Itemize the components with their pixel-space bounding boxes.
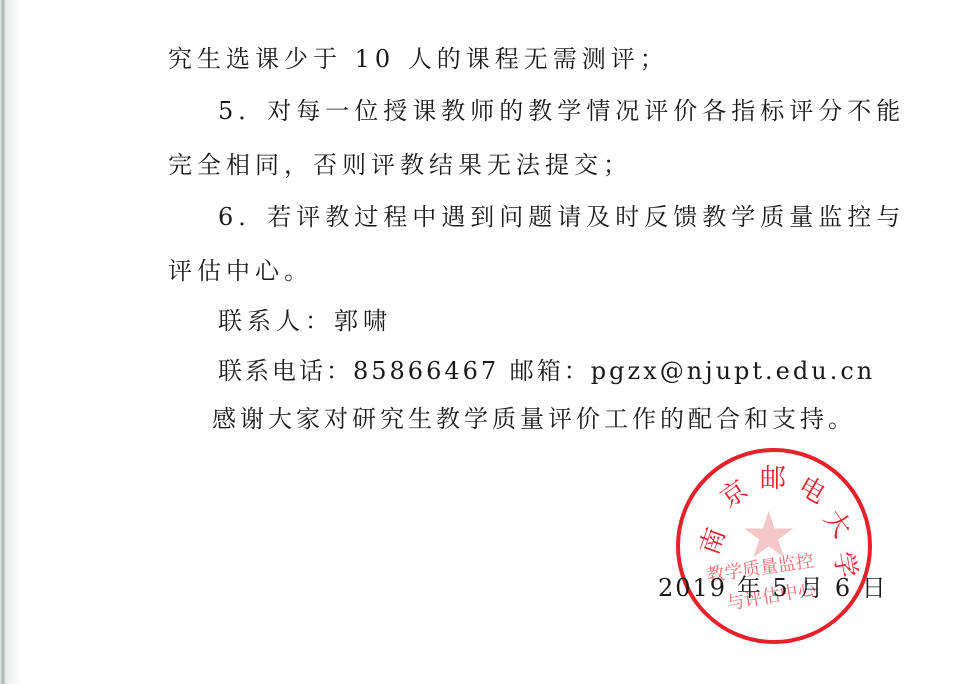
scan-page-edge [0, 0, 20, 684]
seal-char: 电 [792, 466, 833, 511]
thanks-line: 感谢大家对研究生教学质量评价工作的配合和支持。 [212, 404, 856, 434]
document-date: 2019 年 5 月 6 日 [658, 568, 888, 603]
text-line-5: 评估中心。 [168, 256, 313, 286]
text-line-3: 完全相同，否则评教结果无法提交； [168, 150, 632, 180]
seal-char: 南 [689, 522, 733, 559]
contact-phone-email: 联系电话：85866467 邮箱：pgzx@njupt.edu.cn [218, 356, 875, 386]
text-line-item-6: 6．若评教过程中遇到问题请及时反馈教学质量监控与 [218, 202, 905, 232]
seal-char: 大 [816, 501, 861, 544]
official-seal: ★ 南 京 邮 电 大 学 教学质量监控 与评估中心 [676, 448, 872, 644]
seal-char: 邮 [760, 458, 786, 495]
contact-person: 联系人：郭啸 [218, 306, 392, 336]
text-line-1: 究生选课少于 10 人的课程无需测评； [168, 44, 669, 74]
text-line-item-5: 5．对每一位授课教师的教学情况评价各指标评分不能 [218, 96, 905, 126]
